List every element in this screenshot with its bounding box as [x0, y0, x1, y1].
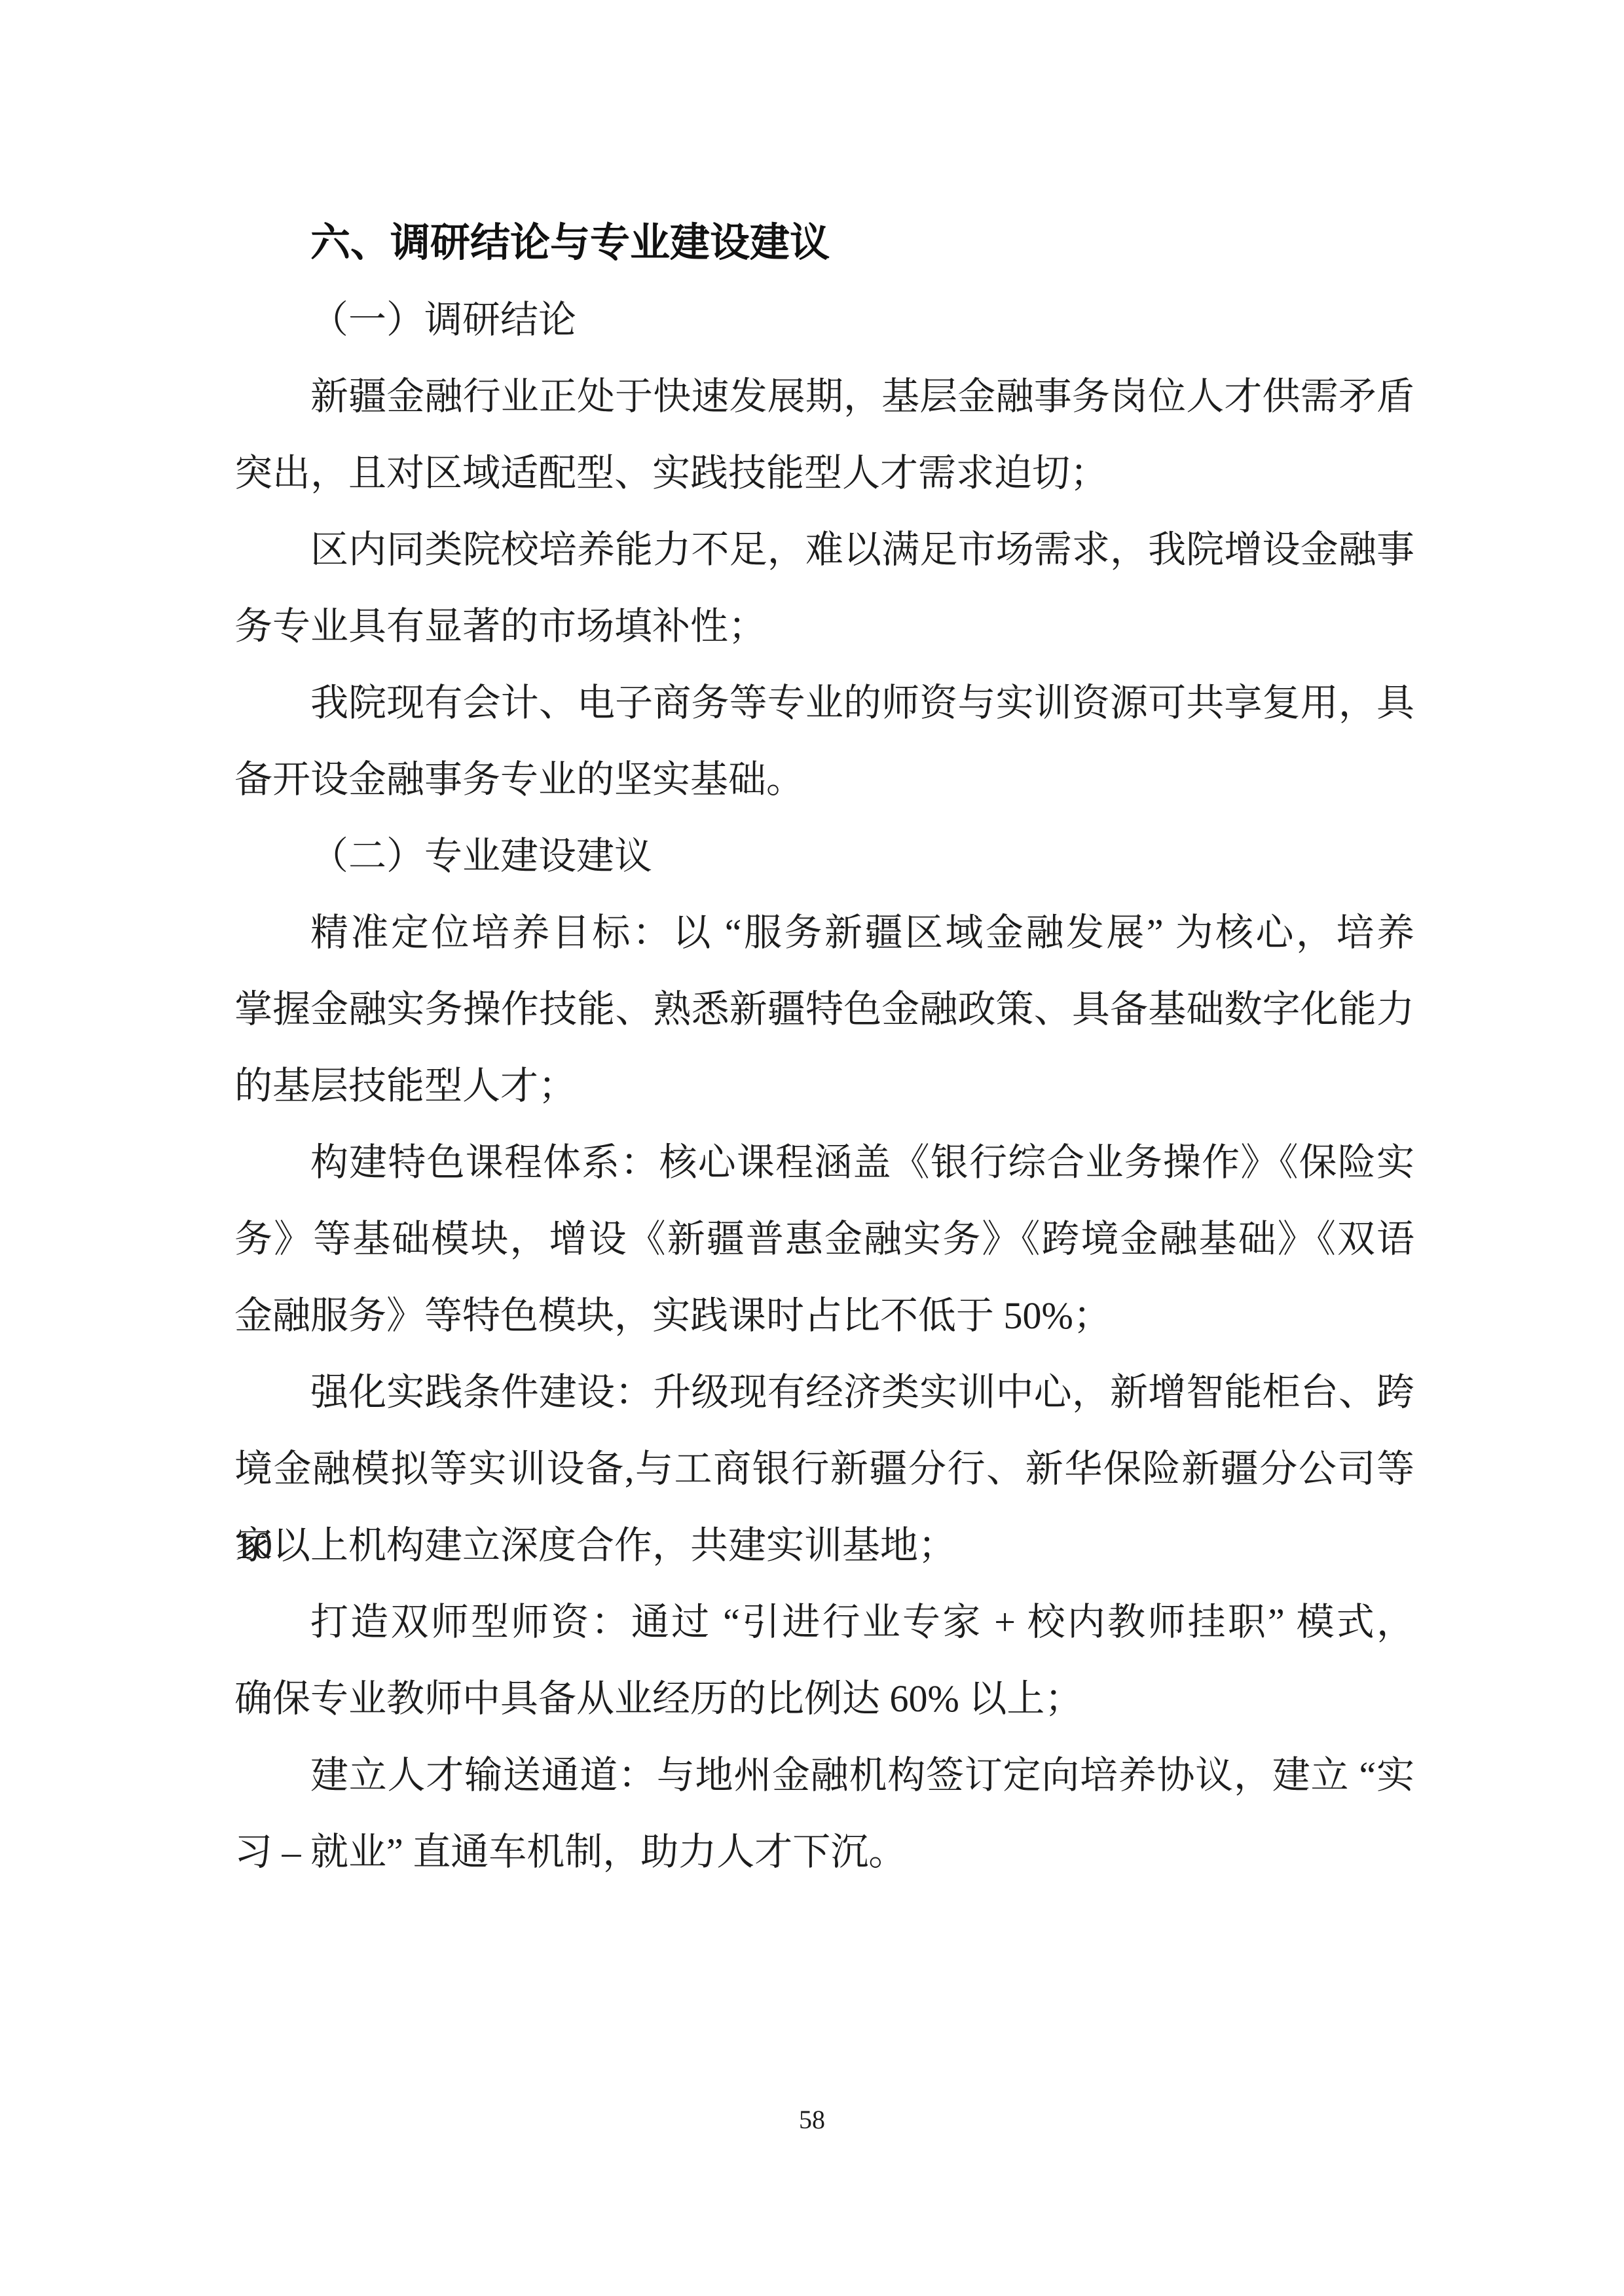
text-line: 精准定位培养目标：以 “服务新疆区域金融发展” 为核心，培养 [234, 894, 1414, 971]
text-line: 务》等基础模块，增设《新疆普惠金融实务》《跨境金融基础》《双语 [234, 1201, 1414, 1277]
text-line: 掌握金融实务操作技能、熟悉新疆特色金融政策、具备基础数字化能力 [234, 971, 1414, 1048]
text-line: 习 – 就业” 直通车机制，助力人才下沉。 [234, 1813, 1414, 1890]
text-line: 我院现有会计、电子商务等专业的师资与实训资源可共享复用，具 [234, 665, 1414, 741]
subsection-heading: （一）调研结论 [234, 282, 1414, 358]
section-heading: 六、调研结论与专业建设建议 [234, 205, 1414, 282]
text-line: 区内同类院校培养能力不足，难以满足市场需求，我院增设金融事 [234, 511, 1414, 588]
document-text-block: 六、调研结论与专业建设建议（一）调研结论新疆金融行业正处于快速发展期，基层金融事… [234, 205, 1414, 1890]
text-line: 的基层技能型人才； [234, 1048, 1414, 1124]
page-number: 58 [0, 2100, 1624, 2140]
text-line: 确保专业教师中具备从业经历的比例达 60% 以上； [234, 1660, 1414, 1737]
text-line: 新疆金融行业正处于快速发展期，基层金融事务岗位人才供需矛盾 [234, 358, 1414, 435]
text-line: 家以上机构建立深度合作，共建实训基地； [234, 1507, 1414, 1584]
text-line: 强化实践条件建设：升级现有经济类实训中心，新增智能柜台、跨 [234, 1354, 1414, 1430]
text-line: 备开设金融事务专业的坚实基础。 [234, 741, 1414, 818]
text-line: 务专业具有显著的市场填补性； [234, 588, 1414, 665]
text-line: 突出，且对区域适配型、实践技能型人才需求迫切； [234, 435, 1414, 511]
subsection-heading: （二）专业建设建议 [234, 818, 1414, 894]
text-line: 构建特色课程体系：核心课程涵盖《银行综合业务操作》《保险实 [234, 1124, 1414, 1201]
document-page: 六、调研结论与专业建设建议（一）调研结论新疆金融行业正处于快速发展期，基层金融事… [0, 0, 1624, 2296]
text-line: 金融服务》等特色模块，实践课时占比不低于 50%； [234, 1277, 1414, 1354]
text-line: 打造双师型师资：通过 “引进行业专家 + 校内教师挂职” 模式， [234, 1584, 1414, 1660]
text-line: 境金融模拟等实训设备,与工商银行新疆分行、新华保险新疆分公司等 10 [234, 1430, 1414, 1507]
text-line: 建立人才输送通道：与地州金融机构签订定向培养协议，建立 “实 [234, 1737, 1414, 1813]
